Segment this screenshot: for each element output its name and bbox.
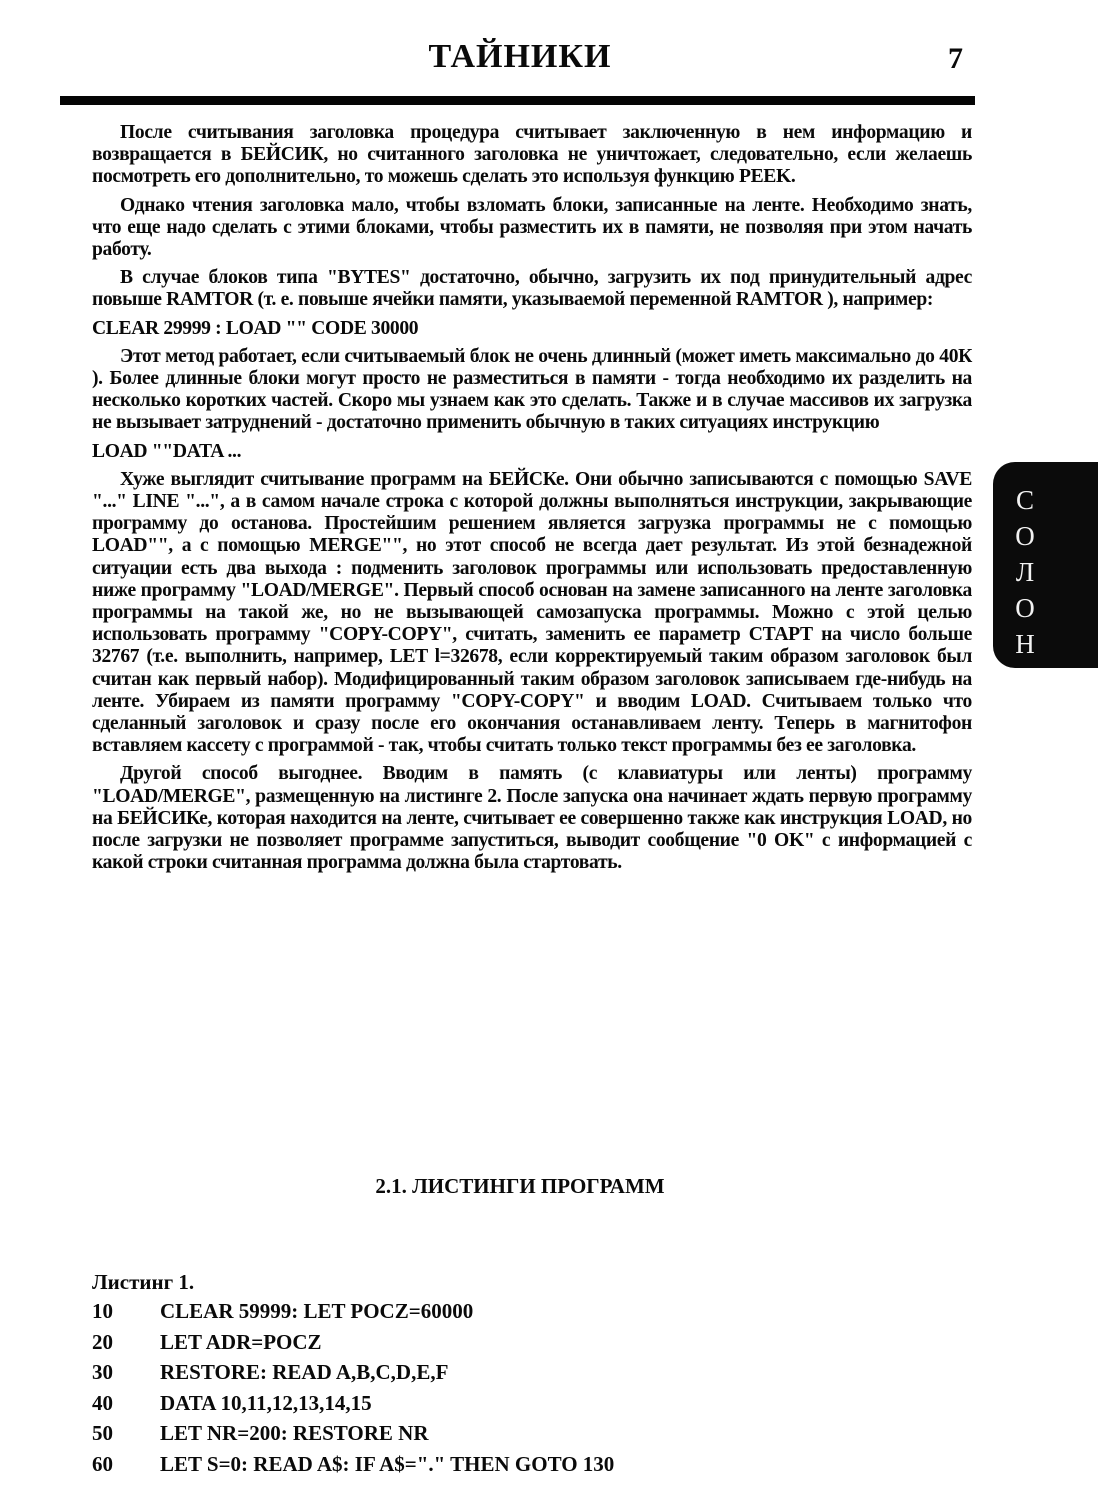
paragraph: В случае блоков типа "BYTES" достаточно,…: [92, 267, 972, 311]
line-number: 60: [92, 1449, 160, 1480]
publisher-side-tab: С О Л О Н: [993, 462, 1098, 668]
paragraph: Другой способ выгоднее. Вводим в память …: [92, 763, 972, 874]
paragraph: Однако чтения заголовка мало, чтобы взло…: [92, 195, 972, 262]
page-header-title: ТАЙНИКИ: [0, 38, 1040, 76]
side-tab-letter: Л: [1009, 554, 1041, 590]
listing-line: 40 DATA 10,11,12,13,14,15: [92, 1388, 614, 1419]
listing-caption: Листинг 1.: [92, 1268, 614, 1296]
header-rule: [60, 96, 975, 105]
section-heading: 2.1. ЛИСТИНГИ ПРОГРАММ: [0, 1174, 1040, 1199]
line-code: LET NR=200: RESTORE NR: [160, 1418, 429, 1449]
line-number: 40: [92, 1388, 160, 1419]
paragraph: Хуже выглядит считывание программ на БЕЙ…: [92, 469, 972, 758]
listing-line: 60 LET S=0: READ A$: IF A$="." THEN GOTO…: [92, 1449, 614, 1480]
listing-line: 30 RESTORE: READ A,B,C,D,E,F: [92, 1357, 614, 1388]
listing-line: 10 CLEAR 59999: LET POCZ=60000: [92, 1296, 614, 1327]
line-code: RESTORE: READ A,B,C,D,E,F: [160, 1357, 448, 1388]
side-tab-letter: О: [1009, 590, 1041, 626]
code-example: CLEAR 29999 : LOAD "" CODE 30000: [92, 318, 972, 340]
listing-line: 20 LET ADR=POCZ: [92, 1327, 614, 1358]
listing-line: 50 LET NR=200: RESTORE NR: [92, 1418, 614, 1449]
line-number: 10: [92, 1296, 160, 1327]
side-tab-letters: С О Л О Н: [1009, 482, 1041, 662]
body-text: После считывания заголовка процедура счи…: [92, 122, 972, 881]
line-code: CLEAR 59999: LET POCZ=60000: [160, 1296, 473, 1327]
line-code: DATA 10,11,12,13,14,15: [160, 1388, 372, 1419]
paragraph: Этот метод работает, если считываемый бл…: [92, 346, 972, 435]
line-code: LET S=0: READ A$: IF A$="." THEN GOTO 13…: [160, 1449, 614, 1480]
side-tab-letter: С: [1009, 482, 1041, 518]
line-number: 20: [92, 1327, 160, 1358]
paragraph: После считывания заголовка процедура счи…: [92, 122, 972, 189]
side-tab-letter: О: [1009, 518, 1041, 554]
program-listing: Листинг 1. 10 CLEAR 59999: LET POCZ=6000…: [92, 1268, 614, 1479]
page-number: 7: [948, 42, 963, 76]
line-number: 30: [92, 1357, 160, 1388]
code-example: LOAD ""DATA ...: [92, 441, 972, 463]
line-number: 50: [92, 1418, 160, 1449]
side-tab-letter: Н: [1009, 626, 1041, 662]
line-code: LET ADR=POCZ: [160, 1327, 322, 1358]
